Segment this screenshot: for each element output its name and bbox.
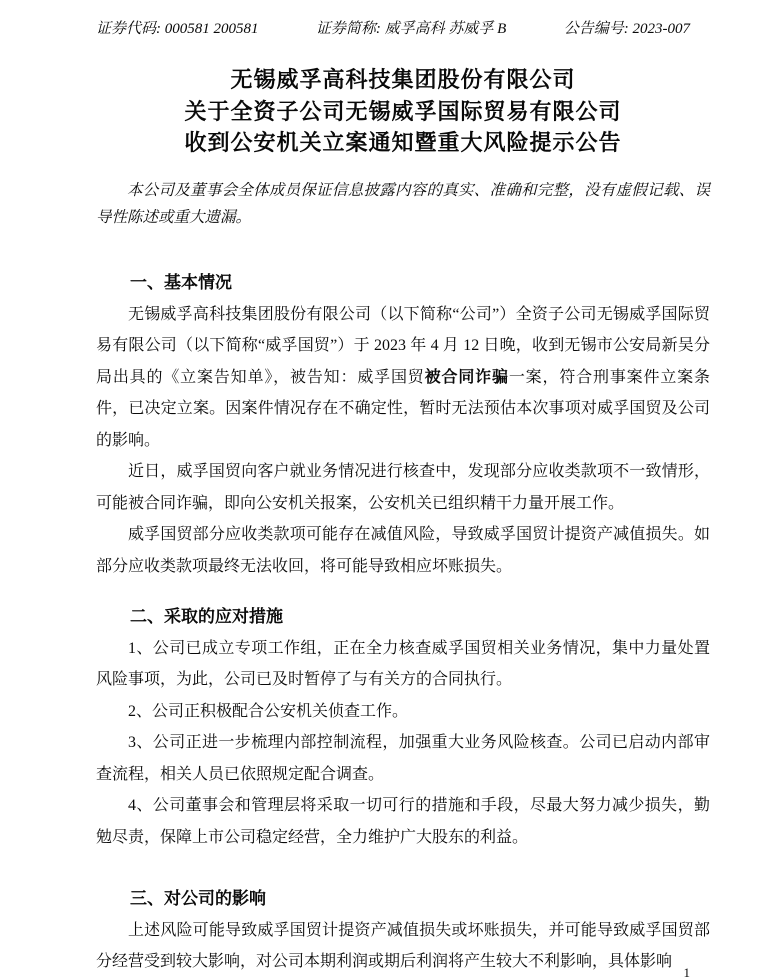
document-body: 本公司及董事会全体成员保证信息披露内容的真实、准确和完整，没有虚假记载、误导性陈… <box>96 178 710 978</box>
announcement-page: 证券代码: 000581 200581 证券简称: 威孚高科 苏威孚 B 公告编… <box>0 0 784 980</box>
measure-item-3: 3、公司正进一步梳理内部控制流程，加强重大业务风险核查。公司已启动内部审查流程，… <box>96 727 710 790</box>
section-heading-impact: 三、对公司的影响 <box>96 883 710 915</box>
section-heading-basic-info: 一、基本情况 <box>96 267 710 299</box>
paragraph-case-filing: 无锡威孚高科技集团股份有限公司（以下简称“公司”）全资子公司无锡威孚国际贸易有限… <box>96 299 710 457</box>
stock-abbreviation: 证券简称: 威孚高科 苏威孚 B <box>316 20 506 38</box>
section-impact: 三、对公司的影响 上述风险可能导致威孚国贸计提资产减值损失或坏账损失，并可能导致… <box>96 883 710 978</box>
stock-code: 证券代码: 000581 200581 <box>96 20 259 38</box>
section-basic-info: 一、基本情况 无锡威孚高科技集团股份有限公司（以下简称“公司”）全资子公司无锡威… <box>96 267 710 582</box>
measure-item-1: 1、公司已成立专项工作组，正在全力核查威孚国贸相关业务情况，集中力量处置风险事项… <box>96 633 710 696</box>
title-line-subject: 关于全资子公司无锡威孚国际贸易有限公司 <box>96 96 710 128</box>
paragraph-impact: 上述风险可能导致威孚国贸计提资产减值损失或坏账损失，并可能导致威孚国贸部分经营受… <box>96 915 710 978</box>
measure-item-4: 4、公司董事会和管理层将采取一切可行的措施和手段，尽最大努力减少损失，勤勉尽责，… <box>96 790 710 853</box>
board-disclaimer: 本公司及董事会全体成员保证信息披露内容的真实、准确和完整，没有虚假记载、误导性陈… <box>96 178 710 231</box>
paragraph-impairment-risk: 威孚国贸部分应收类款项可能存在减值风险，导致威孚国贸计提资产减值损失。如部分应收… <box>96 519 710 582</box>
announcement-number: 公告编号: 2023-007 <box>564 20 690 38</box>
paragraph-receivables-discrepancy: 近日，威孚国贸向客户就业务情况进行核查中，发现部分应收类款项不一致情形，可能被合… <box>96 456 710 519</box>
section-measures: 二、采取的应对措施 1、公司已成立专项工作组，正在全力核查威孚国贸相关业务情况，… <box>96 601 710 853</box>
securities-info-bar: 证券代码: 000581 200581 证券简称: 威孚高科 苏威孚 B 公告编… <box>96 20 690 38</box>
section-heading-measures: 二、采取的应对措施 <box>96 601 710 633</box>
document-title: 无锡威孚高科技集团股份有限公司 关于全资子公司无锡威孚国际贸易有限公司 收到公安… <box>96 64 710 159</box>
paragraph-case-filing-bold-fraud: 被合同诈骗 <box>425 369 509 386</box>
title-line-company: 无锡威孚高科技集团股份有限公司 <box>96 64 710 96</box>
measure-item-2: 2、公司正积极配合公安机关侦查工作。 <box>96 696 710 728</box>
title-line-notice: 收到公安机关立案通知暨重大风险提示公告 <box>96 127 710 159</box>
page-number: 1 <box>684 965 691 980</box>
